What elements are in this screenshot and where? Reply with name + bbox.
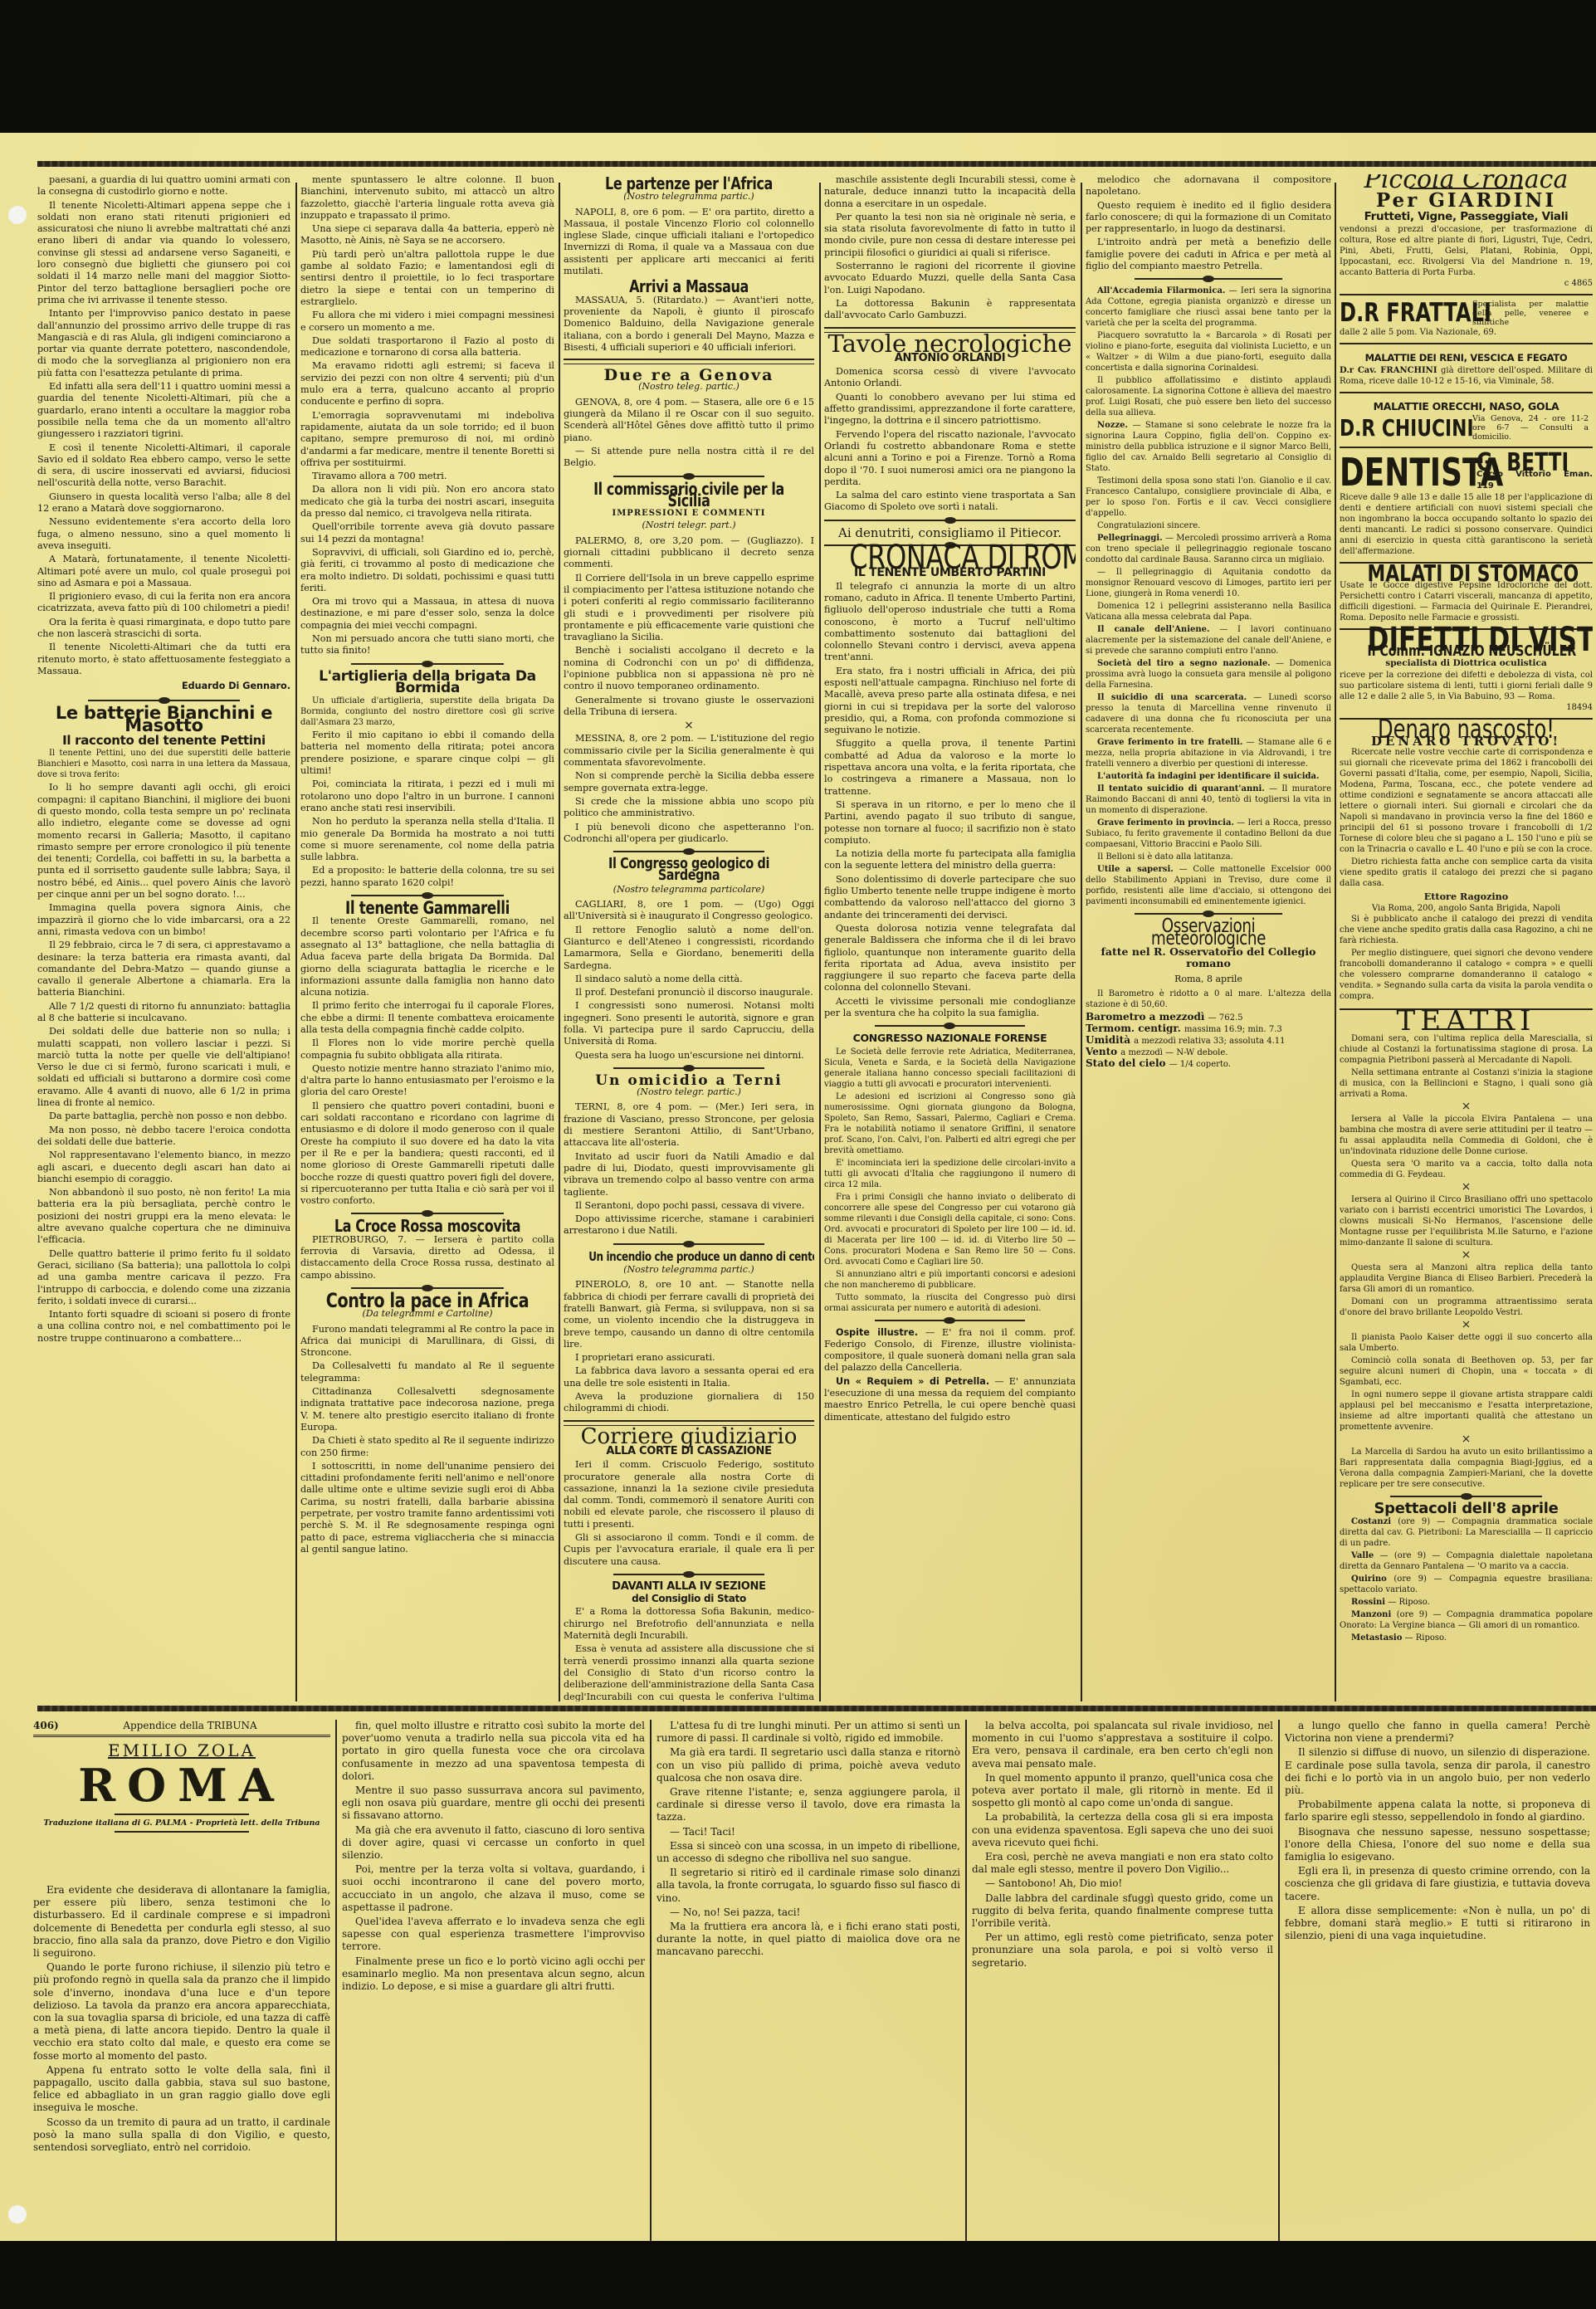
paragraph: Bisognava che nessuno sapesse, nessuno s…: [1285, 1826, 1590, 1864]
paragraph: CAGLIARI, 8, ore 1 pom. — (Ugo) Oggi all…: [564, 899, 814, 923]
paragraph: Quel'idea l'aveva afferrato e lo invadev…: [342, 1916, 645, 1954]
paragraph: Mentre il suo passo sussurrava ancora su…: [342, 1784, 645, 1823]
paragraph: GENOVA, 8, ore 4 pom. — Stasera, alle or…: [564, 397, 814, 444]
paragraph: Ferito il mio capitano io ebbi il comand…: [300, 730, 554, 777]
paragraph: Cittadinanza Collesalvetti sdegnosamente…: [300, 1386, 554, 1433]
paragraph: Il segretario si ritirò ed il cardinale …: [656, 1867, 960, 1905]
paragraph: Ieri il comm. Criscuolo Federigo, sostit…: [564, 1459, 814, 1530]
column-1: paesani, a guardia di lui quattro uomini…: [37, 174, 290, 1701]
paragraph: E così il tenente Nicoletti-Altimari, il…: [37, 442, 290, 490]
section-title: Osservazioni meteorologiche: [1110, 920, 1307, 945]
headline: Un incendio che produce un danno di cent…: [588, 1251, 789, 1262]
ad-difetti-vista: DIFETTI DI VISTA Il Comm. IGNAZIO NEUSCH…: [1340, 630, 1593, 720]
news-item: Grave ferimento in tre fratelli. — Stama…: [1086, 737, 1331, 769]
paragraph: Appena fu entrato sotto le volte della s…: [33, 2064, 330, 2115]
paragraph: Tiravamo allora a 700 metri.: [300, 471, 554, 482]
article-body: Ieri il comm. Criscuolo Federigo, sostit…: [564, 1459, 814, 1568]
ornament-divider: [824, 517, 1076, 524]
news-item: Valle — (ore 9) — Compagnia dialettale n…: [1340, 1550, 1593, 1572]
subtitle: (Nostro telegramma partic.): [564, 1264, 814, 1276]
paragraph: Più tardi però un'altra pallottola ruppe…: [300, 249, 554, 308]
paragraph: Iersera al Quirino il Circo Brasiliano o…: [1340, 1194, 1593, 1248]
note: Il Barometro è ridotto a 0 al mare. L'al…: [1086, 989, 1331, 1010]
headline: Il Congresso geologico di Sardegna: [588, 858, 789, 882]
paragraph: Le Società delle ferrovie rete Adriatica…: [824, 1047, 1076, 1090]
paragraph: Il tenente Oreste Gammarelli, romano, ne…: [300, 915, 554, 998]
item-text: Testimoni della sposa sono stati l'on. G…: [1086, 476, 1331, 518]
paragraph: Da parte battaglia, perchè non posso e n…: [37, 1111, 290, 1122]
paragraph: Dalle labbra del cardinale sfuggì questo…: [972, 1892, 1273, 1931]
byline: Eduardo Di Gennaro.: [37, 681, 290, 692]
headline: L'artiglieria della brigata Da Bormida: [300, 671, 554, 695]
item-lead: Il tentato suicidio di quarant'anni.: [1097, 784, 1265, 793]
ornament-divider: [1135, 276, 1282, 282]
article-body: Il tenente Oreste Gammarelli, romano, ne…: [300, 915, 554, 1207]
paragraph: Immagina quella povera signora Ainis, ch…: [37, 902, 290, 938]
item-lead: Valle: [1351, 1551, 1374, 1560]
subheadline: DAVANTI ALLA IV SEZIONE: [564, 1581, 814, 1593]
feuilleton-column-2: fin, quel molto illustre e ritratto così…: [342, 1720, 645, 2241]
item-lead: Grave ferimento in provincia.: [1097, 818, 1234, 827]
notice: Ai denutriti, consigliamo il Pitiecor.: [824, 527, 1076, 539]
feuilleton-column-5: a lungo quello che fanno in quella camer…: [1285, 1720, 1590, 2241]
paragraph: Nessuno evidentemente s'era accorto dell…: [37, 516, 290, 552]
feuilleton-column-1: Era evidente che desiderava di allontana…: [33, 1884, 330, 2241]
article-continuation: mente spuntassero le altre colonne. Il b…: [300, 174, 554, 657]
article-body: NAPOLI, 8, ore 6 pom. — E' ora partito, …: [564, 207, 814, 278]
ornament-divider: [88, 697, 240, 704]
column-2: mente spuntassero le altre colonne. Il b…: [300, 174, 554, 1701]
bottom-rule: [37, 1706, 1596, 1711]
paragraph: Ed a proposito: le batterie della colonn…: [300, 865, 554, 889]
paragraph: Invitato ad uscir fuori da Natili Amadio…: [564, 1151, 814, 1198]
paragraph: Intanto forti squadre di scioani si pose…: [37, 1309, 290, 1345]
news-item: Nozze. — Stamane si sono celebrate le no…: [1086, 420, 1331, 474]
item-text: — Il pellegrinaggio di Aquitania condott…: [1086, 568, 1331, 598]
ad-denaro-nascosto: Denaro nascosto! DENARO TROVATO! Ricerca…: [1340, 720, 1593, 1010]
paragraph: Ma la fruttiera era ancora là, e i fichi…: [656, 1921, 960, 1959]
article-body: PIETROBURGO, 7. — Iersera è partito coll…: [300, 1234, 554, 1281]
paragraph: Da Chieti è stato spedito al Re il segue…: [300, 1435, 554, 1459]
section-title: CRONACA DI ROMA: [849, 552, 1050, 564]
paragraph: Sosterranno le ragioni del ricorrente il…: [824, 261, 1076, 296]
ad-franchini: MALATTIE DEI RENI, VESCICA E FEGATO D.r …: [1340, 344, 1593, 393]
paragraph: maschile assistente degli Incurabili ste…: [824, 174, 1076, 210]
ornament-divider: [1390, 1493, 1542, 1500]
intro: Il tenente Pettini, uno dei due supersti…: [37, 748, 290, 780]
paragraph: La probabilità, la certezza della cosa g…: [972, 1811, 1273, 1849]
paragraph: Generalmente si trovano giuste le osserv…: [564, 695, 814, 719]
intro: Un ufficiale d'artiglieria, superstite d…: [300, 696, 554, 728]
paragraph: Il primo ferito che interrogai fu il cap…: [300, 1000, 554, 1036]
paragraph: PIETROBURGO, 7. — Iersera è partito coll…: [300, 1234, 554, 1281]
weather-row: Vento a mezzodì — N-W debole.: [1086, 1047, 1331, 1058]
headline: Contro la pace in Africa: [326, 1295, 530, 1306]
news-item: Il canale dell'Aniene. — I lavori contin…: [1086, 624, 1331, 657]
paragraph: Alle 7 1/2 questi di ritorno fu annunzia…: [37, 1001, 290, 1025]
item-text: Domenica 12 i pellegrini assisteranno ne…: [1086, 602, 1331, 622]
paragraph: TERNI, 8, ore 4 pom. — (Mer.) Ieri sera,…: [564, 1101, 814, 1149]
paragraph: Giunsero in questa località verso l'alba…: [37, 491, 290, 515]
paragraph: NAPOLI, 8, ore 6 pom. — E' ora partito, …: [564, 207, 814, 278]
article-body: Domani sera, con l'ultima replica della …: [1340, 1033, 1593, 1490]
news-item: Utile a sapersi. — Colle mattonelle Exce…: [1086, 864, 1331, 907]
translation-credit: Traduzione italiana di G. PALMA - Propri…: [33, 1818, 330, 1828]
paragraph: Poi, mentre per la terza volta si voltav…: [342, 1863, 645, 1914]
paragraph: PINEROLO, 8, ore 10 ant. — Stanotte nell…: [564, 1279, 814, 1350]
paragraph: Questa sera 'O marito va a caccia, tolto…: [1340, 1159, 1593, 1180]
subheadline: del Consiglio di Stato: [564, 1593, 814, 1604]
novel-title: ROMA: [33, 1760, 330, 1810]
section-title: Piccola Cronaca: [1340, 174, 1593, 186]
paragraph: MESSINA, 8, ore 2 pom. — L'istituzione d…: [564, 733, 814, 769]
item-text: — Riposo.: [1402, 1633, 1447, 1643]
paragraph: Il Corriere dell'Isola in un breve cappe…: [564, 573, 814, 644]
subheadline: CONGRESSO NAZIONALE FORENSE: [824, 1032, 1076, 1044]
separator-x: ×: [1340, 1434, 1593, 1445]
paragraph: Il prof. Destefani pronunciò il discorso…: [564, 987, 814, 998]
column-rule: [335, 1720, 337, 2241]
paragraph: fin, quel molto illustre e ritratto così…: [342, 1720, 645, 1783]
headline: La Croce Rossa moscovita: [326, 1220, 530, 1232]
paragraph: Domani con un programma attraentissimo s…: [1340, 1296, 1593, 1318]
paragraph: Da allora non li vidi più. Non ero ancor…: [300, 484, 554, 520]
paragraph: Nol rappresentavano l'elemento bianco, i…: [37, 1150, 290, 1185]
item-lead: Nozze.: [1097, 421, 1128, 430]
news-item: Metastasio — Riposo.: [1340, 1633, 1593, 1643]
paragraph: Questa sera ha luogo un'escursione nei d…: [564, 1050, 814, 1062]
separator-x: ×: [1340, 1320, 1593, 1330]
paragraph: melodico che adornavana il compositore n…: [1086, 174, 1331, 198]
paragraph: Il rettore Fenoglio salutò a nome dell'o…: [564, 925, 814, 972]
feuilleton-number: 406): [33, 1720, 83, 1731]
paragraph: Quanti lo conobbero avevano per lui stim…: [824, 392, 1076, 427]
top-rule: [37, 161, 1596, 167]
paragraph: Il Flores non lo vide morire perchè quel…: [300, 1037, 554, 1062]
paragraph: Fervendo l'opera del riscatto nazionale,…: [824, 429, 1076, 488]
news-item: Il tentato suicidio di quarant'anni. — I…: [1086, 783, 1331, 816]
article-continuation: maschile assistente degli Incurabili ste…: [824, 174, 1076, 322]
article-body: Le Società delle ferrovie rete Adriatica…: [824, 1047, 1076, 1314]
item-lead: Utile a sapersi.: [1097, 865, 1174, 874]
paragraph: Una siepe ci separava dalla 4a batteria,…: [300, 223, 554, 247]
article-body: PINEROLO, 8, ore 10 ant. — Stanotte nell…: [564, 1279, 814, 1414]
subheadline: Il racconto del tenente Pettini: [37, 735, 290, 746]
article-body: MASSAUA, 5. (Ritardato.) — Avant'ieri no…: [564, 295, 814, 354]
headline: Il tenente Gammarelli: [326, 902, 530, 914]
paragraph: La Marcella di Sardou ha avuto un esito …: [1340, 1447, 1593, 1490]
rule: [115, 1814, 248, 1815]
separator-x: ×: [1340, 1250, 1593, 1261]
column-rule: [819, 183, 821, 1701]
article-body: GENOVA, 8, ore 4 pom. — Stasera, alle or…: [564, 397, 814, 470]
column-rule: [650, 1720, 652, 2241]
paragraph: I sottoscritti, in nome dell'unanime pen…: [300, 1461, 554, 1555]
item-lead: Quirino: [1351, 1574, 1387, 1584]
subtitle: (Nostro teleg. partic.): [564, 381, 814, 393]
column-rule: [1278, 1720, 1280, 2241]
column-rule: [295, 183, 297, 1701]
paragraph: Per quanto la tesi non sia nè originale …: [824, 212, 1076, 259]
subtitle: (Nostro telegramma particolare): [564, 884, 814, 896]
news-item: All'Accademia Filarmonica. — Ieri sera l…: [1086, 286, 1331, 329]
paragraph: Domani sera, con l'ultima replica della …: [1340, 1033, 1593, 1066]
news-item: Congratulazioni sincere.: [1086, 520, 1331, 531]
paragraph: Non mi persuado ancora che tutti siano m…: [300, 633, 554, 657]
paragraph: Si sperava in un ritorno, e per lo meno …: [824, 799, 1076, 847]
item-text: — (ore 9) — Compagnia dialettale napolet…: [1340, 1551, 1593, 1571]
paragraph: Le adesioni ed iscrizioni al Congresso s…: [824, 1091, 1076, 1156]
paragraph: Si annunziano altri e più importanti con…: [824, 1269, 1076, 1291]
paragraph: Sono dolentissimo di doverle partecipare…: [824, 874, 1076, 921]
separator-x: ×: [1340, 1182, 1593, 1193]
headline: Le partenze per l'Africa: [588, 178, 789, 189]
article-body: E' a Roma la dottoressa Sofia Bakunin, m…: [564, 1606, 814, 1701]
column-5: melodico che adornavana il compositore n…: [1086, 174, 1331, 1701]
paragraph: Egli era lì, in presenza di questo crimi…: [1285, 1865, 1590, 1903]
news-item: L'autorità fa indagini per identificare …: [1086, 771, 1331, 782]
paragraph: a lungo quello che fanno in quella camer…: [1285, 1720, 1590, 1745]
paragraph: Ma non posso, nè debbo tacere l'eroica c…: [37, 1125, 290, 1149]
column-rule: [1335, 183, 1336, 1701]
headline: Arrivi a Massaua: [588, 281, 789, 292]
paragraph: Delle quattro batterie il primo ferito f…: [37, 1248, 290, 1307]
paragraph: Accetti le vivissime personali mie condo…: [824, 996, 1076, 1020]
weather-table: Barometro a mezzodì — 762.5Termom. centi…: [1086, 1012, 1331, 1070]
subtitle: (Nostri telegr. part.): [564, 520, 814, 531]
paragraph: Il Serantoni, dopo pochi passi, cessava …: [564, 1200, 814, 1212]
paragraph: PALERMO, 8, ore 3,20 pom. — (Gugliazzo).…: [564, 535, 814, 571]
paragraph: Fra i primi Consigli che hanno inviato o…: [824, 1192, 1076, 1267]
paragraph: Aveva la produzione giornaliera di 150 c…: [564, 1391, 814, 1415]
column-rule: [1081, 183, 1082, 1701]
ad-frattali: D.R FRATTALI Specialista per malattie de…: [1340, 295, 1593, 344]
headline: Due re a Genova: [564, 369, 814, 381]
weather-row: Umidità a mezzodì relativa 33; assoluta …: [1086, 1035, 1331, 1047]
ad-chiucini: MALATTIE ORECCHI, NASO, GOLA D.R CHIUCIN…: [1340, 393, 1593, 448]
paragraph: Da Collesalvetti fu mandato al Re il seg…: [300, 1360, 554, 1384]
article-body: MESSINA, 8, ore 2 pom. — L'istituzione d…: [564, 733, 814, 845]
news-item: Il pubblico affollatissimo e distinto ap…: [1086, 375, 1331, 418]
paragraph: L'attesa fu di tre lunghi minuti. Per un…: [656, 1720, 960, 1745]
headline: Un omicidio a Terni: [564, 1075, 814, 1086]
article-body: Io li ho sempre davanti agli occhi, gli …: [37, 782, 290, 1345]
item-lead: Manzoni: [1351, 1610, 1391, 1619]
paragraph: Sopravvivi, di ufficiali, soli Giardino …: [300, 547, 554, 594]
news-item: Rossini — Riposo.: [1340, 1597, 1593, 1608]
item-lead: Pellegrinaggi.: [1097, 534, 1163, 543]
paragraph: In ogni numero seppe il giovane artista …: [1340, 1389, 1593, 1433]
paragraph: Finalmente prese un fico e lo portò vici…: [342, 1955, 645, 1994]
item-lead: All'Accademia Filarmonica.: [1097, 286, 1225, 295]
item-lead: Il suicidio di una scarcerata.: [1097, 693, 1247, 702]
paragraph: Dei soldati delle due batterie non so nu…: [37, 1026, 290, 1109]
weather-row: Stato del cielo — 1/4 coperto.: [1086, 1058, 1331, 1070]
item-lead: L'autorità fa indagini per identificare …: [1097, 772, 1319, 781]
paragraph: Iersera al Valle la piccola Elvira Panta…: [1340, 1114, 1593, 1157]
section-title: Tavole necrologiche: [824, 338, 1076, 349]
separator-x: ×: [564, 720, 814, 731]
news-items: All'Accademia Filarmonica. — Ieri sera l…: [1086, 286, 1331, 907]
paragraph: paesani, a guardia di lui quattro uomini…: [37, 174, 290, 198]
paragraph: Il pensiero che quattro poveri contadini…: [300, 1101, 554, 1208]
subtitle: fatte nel R. Osservatorio del Collegio r…: [1086, 946, 1331, 970]
paragraph: Domenica scorsa cessò di vivere l'avvoca…: [824, 366, 1076, 390]
article-continuation: paesani, a guardia di lui quattro uomini…: [37, 174, 290, 677]
news-item: Il suicidio di una scarcerata. — Lunedì …: [1086, 692, 1331, 735]
paragraph: In quel momento appunto il pranzo, quell…: [972, 1772, 1273, 1810]
article-body: Ferito il mio capitano io ebbi il comand…: [300, 730, 554, 889]
paragraph: Ora mi trovo qui a Massaua, in attesa di…: [300, 596, 554, 632]
paragraph: Io li ho sempre davanti agli occhi, gli …: [37, 782, 290, 901]
paragraph: Il 29 febbraio, circa le 7 di sera, ci a…: [37, 940, 290, 998]
paragraph: Essa si sinceò con una scossa, in un imp…: [656, 1840, 960, 1865]
paragraph: Il prigioniero evaso, di cui la ferita n…: [37, 591, 290, 615]
paragraph: Questo requiem è inedito ed il figlio de…: [1086, 200, 1331, 236]
paragraph: Ma già che era avvenuto il fatto, ciascu…: [342, 1824, 645, 1862]
news-item: — Il pellegrinaggio di Aquitania condott…: [1086, 567, 1331, 599]
headline: Spettacoli dell'8 aprile: [1340, 1503, 1593, 1515]
item-lead: Metastasio: [1351, 1633, 1402, 1643]
section-title: TEATRI: [1340, 1015, 1593, 1027]
section-title: Corriere giudiziario: [564, 1431, 814, 1443]
column-rule: [965, 1720, 967, 2241]
headline: Le batterie Bianchini e Masotto: [37, 707, 290, 731]
paragraph: La notizia della morte fu partecipata al…: [824, 848, 1076, 872]
paragraph: Grave ritenne l'istante; e, senza aggiun…: [656, 1786, 960, 1824]
ornament-divider: [613, 1241, 764, 1247]
divider: [564, 359, 814, 364]
news-item: Grave ferimento in provincia. — Ieri a R…: [1086, 818, 1331, 850]
paragraph: L'introito andrà per metà a benefizio de…: [1086, 237, 1331, 272]
paragraph: Furono mandati telegrammi al Re contro l…: [300, 1324, 554, 1360]
paragraph: Il tenente Nicoletti-Altimari appena sep…: [37, 200, 290, 307]
paragraph: La fabbrica dava lavoro a sessanta opera…: [564, 1365, 814, 1389]
paragraph: Ora la ferita è quasi rimarginata, e dop…: [37, 617, 290, 641]
news-item: Manzoni (ore 9) — Compagnia drammatica p…: [1340, 1609, 1593, 1631]
feuilleton-header: 406) Appendice della TRIBUNA EMILIO ZOLA…: [33, 1720, 330, 1839]
paragraph: I proprietari erano assicurati.: [564, 1352, 814, 1364]
news-item: Costanzi (ore 9) — Compagnia drammatica …: [1340, 1516, 1593, 1549]
paragraph: Ma eravamo ridotti agli estremi; si face…: [300, 360, 554, 408]
ornament-divider: [613, 1571, 764, 1578]
paragraph: Ma già era tardi. Il segretario uscì dal…: [656, 1746, 960, 1784]
paragraph: Il telegrafo ci annunzia la morte di un …: [824, 581, 1076, 664]
paragraph: Questa dolorosa notizia venne telegrafat…: [824, 923, 1076, 994]
paragraph: I congressisti sono numerosi. Notansi mo…: [564, 1000, 814, 1047]
paragraph: Era evidente che desiderava di allontana…: [33, 1884, 330, 1960]
weather-row: Barometro a mezzodì — 762.5: [1086, 1012, 1331, 1023]
news-item: Pellegrinaggi. — Mercoledì prossimo arri…: [1086, 533, 1331, 565]
paragraph: Tutto sommato, la riuscita del Congresso…: [824, 1292, 1076, 1314]
paragraph: Il tenente Nicoletti-Altimari che da tut…: [37, 642, 290, 677]
paragraph: Ed infatti alla sera dell'11 i quattro u…: [37, 381, 290, 440]
item-lead: Il canale dell'Aniene.: [1097, 625, 1209, 634]
paragraph: Quando le porte furono richiuse, il sile…: [33, 1961, 330, 2062]
paragraph: Quell'orribile torrente aveva già dovuto…: [300, 521, 554, 545]
ornament-divider: [613, 1065, 764, 1072]
feuilleton-column-3: L'attesa fu di tre lunghi minuti. Per un…: [656, 1720, 960, 2241]
paragraph: Per un attimo, egli restò come pietrific…: [972, 1931, 1273, 1970]
date: Roma, 8 aprile: [1086, 974, 1331, 985]
paragraph: mente spuntassero le altre colonne. Il b…: [300, 174, 554, 222]
paragraph: E allora disse semplicemente: «Non è nul…: [1285, 1905, 1590, 1943]
paragraph: E' incominciata ieri la spedizione delle…: [824, 1158, 1076, 1190]
article-body: Domenica scorsa cessò di vivere l'avvoca…: [824, 366, 1076, 514]
listings: Costanzi (ore 9) — Compagnia drammatica …: [1340, 1516, 1593, 1643]
ornament-divider: [875, 1023, 1026, 1029]
paragraph: Non si comprende perchè la Sicilia debba…: [564, 770, 814, 794]
paragraph: Intanto per l'improvviso panico destato …: [37, 308, 290, 379]
rule: [115, 1831, 248, 1833]
news-item: Piacquero sovratutto la « Barcarola » di…: [1086, 330, 1331, 373]
paragraph: Poi, cominciata la ritirata, i pezzi ed …: [300, 779, 554, 814]
author: EMILIO ZOLA: [33, 1740, 330, 1760]
paragraph: la belva accolta, poi spalancata sul riv…: [972, 1720, 1273, 1770]
paragraph: E' a Roma la dottoressa Sofia Bakunin, m…: [564, 1606, 814, 1642]
rule: [33, 1735, 330, 1737]
separator-x: ×: [1340, 1101, 1593, 1112]
binding-hole: [8, 206, 27, 224]
item-lead: Costanzi: [1351, 1517, 1391, 1526]
item-text: Il Belloni si è dato alla latitanza.: [1097, 852, 1233, 862]
paragraph: Dopo attivissime ricerche, stamane i car…: [564, 1213, 814, 1237]
paragraph: Nella settimana entrante al Costanzi s'i…: [1340, 1067, 1593, 1100]
paragraph: Era così, perchè ne aveva mangiati e non…: [972, 1851, 1273, 1876]
paragraph: Il silenzio si diffuse di nuovo, un sile…: [1285, 1746, 1590, 1797]
ornament-divider: [875, 1317, 1026, 1324]
article-continuation: melodico che adornavana il compositore n…: [1086, 174, 1331, 272]
item-lead: Grave ferimento in tre fratelli.: [1097, 738, 1242, 747]
paragraph: L'emorragia sopravvenutami mi indeboliva…: [300, 410, 554, 469]
news-item: Testimoni della sposa sono stati l'on. G…: [1086, 476, 1331, 519]
news-item: Società del tiro a segno nazionale. — Do…: [1086, 658, 1331, 691]
article-body: Furono mandati telegrammi al Re contro l…: [300, 1324, 554, 1556]
ornament-divider: [613, 848, 764, 855]
column-rule: [559, 183, 560, 1701]
paragraph: Probabilmente appena calata la notte, si…: [1285, 1799, 1590, 1823]
news-item: Ospite illustre. — E' fra noi il comm. p…: [824, 1327, 1076, 1374]
paragraph: Gli si associarono il comm. Tondi e il c…: [564, 1532, 814, 1568]
ornament-divider: [351, 661, 504, 667]
article-body: TERNI, 8, ore 4 pom. — (Mer.) Ieri sera,…: [564, 1101, 814, 1237]
item-text: Il pubblico affollatissimo e distinto ap…: [1086, 376, 1331, 417]
paragraph: Scosso da un tremito di paura ad un trat…: [33, 2116, 330, 2155]
paragraph: Il sindaco salutò a nome della città.: [564, 974, 814, 985]
paragraph: Cominciò colla sonata di Beethoven op. 5…: [1340, 1355, 1593, 1388]
paragraph: I più benevoli dicono che aspetteranno l…: [564, 822, 814, 846]
article-body: PALERMO, 8, ore 3,20 pom. — (Gugliazzo).…: [564, 535, 814, 718]
paragraph: — Santobono! Ah, Dio mio!: [972, 1877, 1273, 1890]
ad-dentista: DENTISTA G. BETTI Corso Vittorio Eman. 1…: [1340, 448, 1593, 564]
paragraph: Questo notizie mentre hanno straziato l'…: [300, 1063, 554, 1099]
column-3: Le partenze per l'Africa (Nostro telegra…: [564, 174, 814, 1701]
paragraph: MASSAUA, 5. (Ritardato.) — Avant'ieri no…: [564, 295, 814, 354]
binding-hole: [8, 2205, 27, 2224]
article-body: Il telegrafo ci annunzia la morte di un …: [824, 581, 1076, 1020]
item-text: Piacquero sovratutto la « Barcarola » di…: [1086, 331, 1331, 373]
news-item: Quirino (ore 9) — Compagnia equestre bra…: [1340, 1574, 1593, 1595]
paragraph: Sfuggito a quella prova, il tenente Part…: [824, 738, 1076, 797]
item-text: Congratulazioni sincere.: [1097, 521, 1200, 530]
news-item: Domenica 12 i pellegrini assisteranno ne…: [1086, 601, 1331, 622]
item-lead: Società del tiro a segno nazionale.: [1097, 659, 1271, 668]
article-body: CAGLIARI, 8, ore 1 pom. — (Ugo) Oggi all…: [564, 899, 814, 1062]
news-item: Il Belloni si è dato alla latitanza.: [1086, 852, 1331, 862]
paragraph: La salma del caro estinto viene trasport…: [824, 490, 1076, 514]
column-6: Piccola Cronaca Per GIARDINI Frutteti, V…: [1340, 174, 1593, 1701]
feuilleton-label: Appendice della TRIBUNA: [83, 1720, 330, 1731]
